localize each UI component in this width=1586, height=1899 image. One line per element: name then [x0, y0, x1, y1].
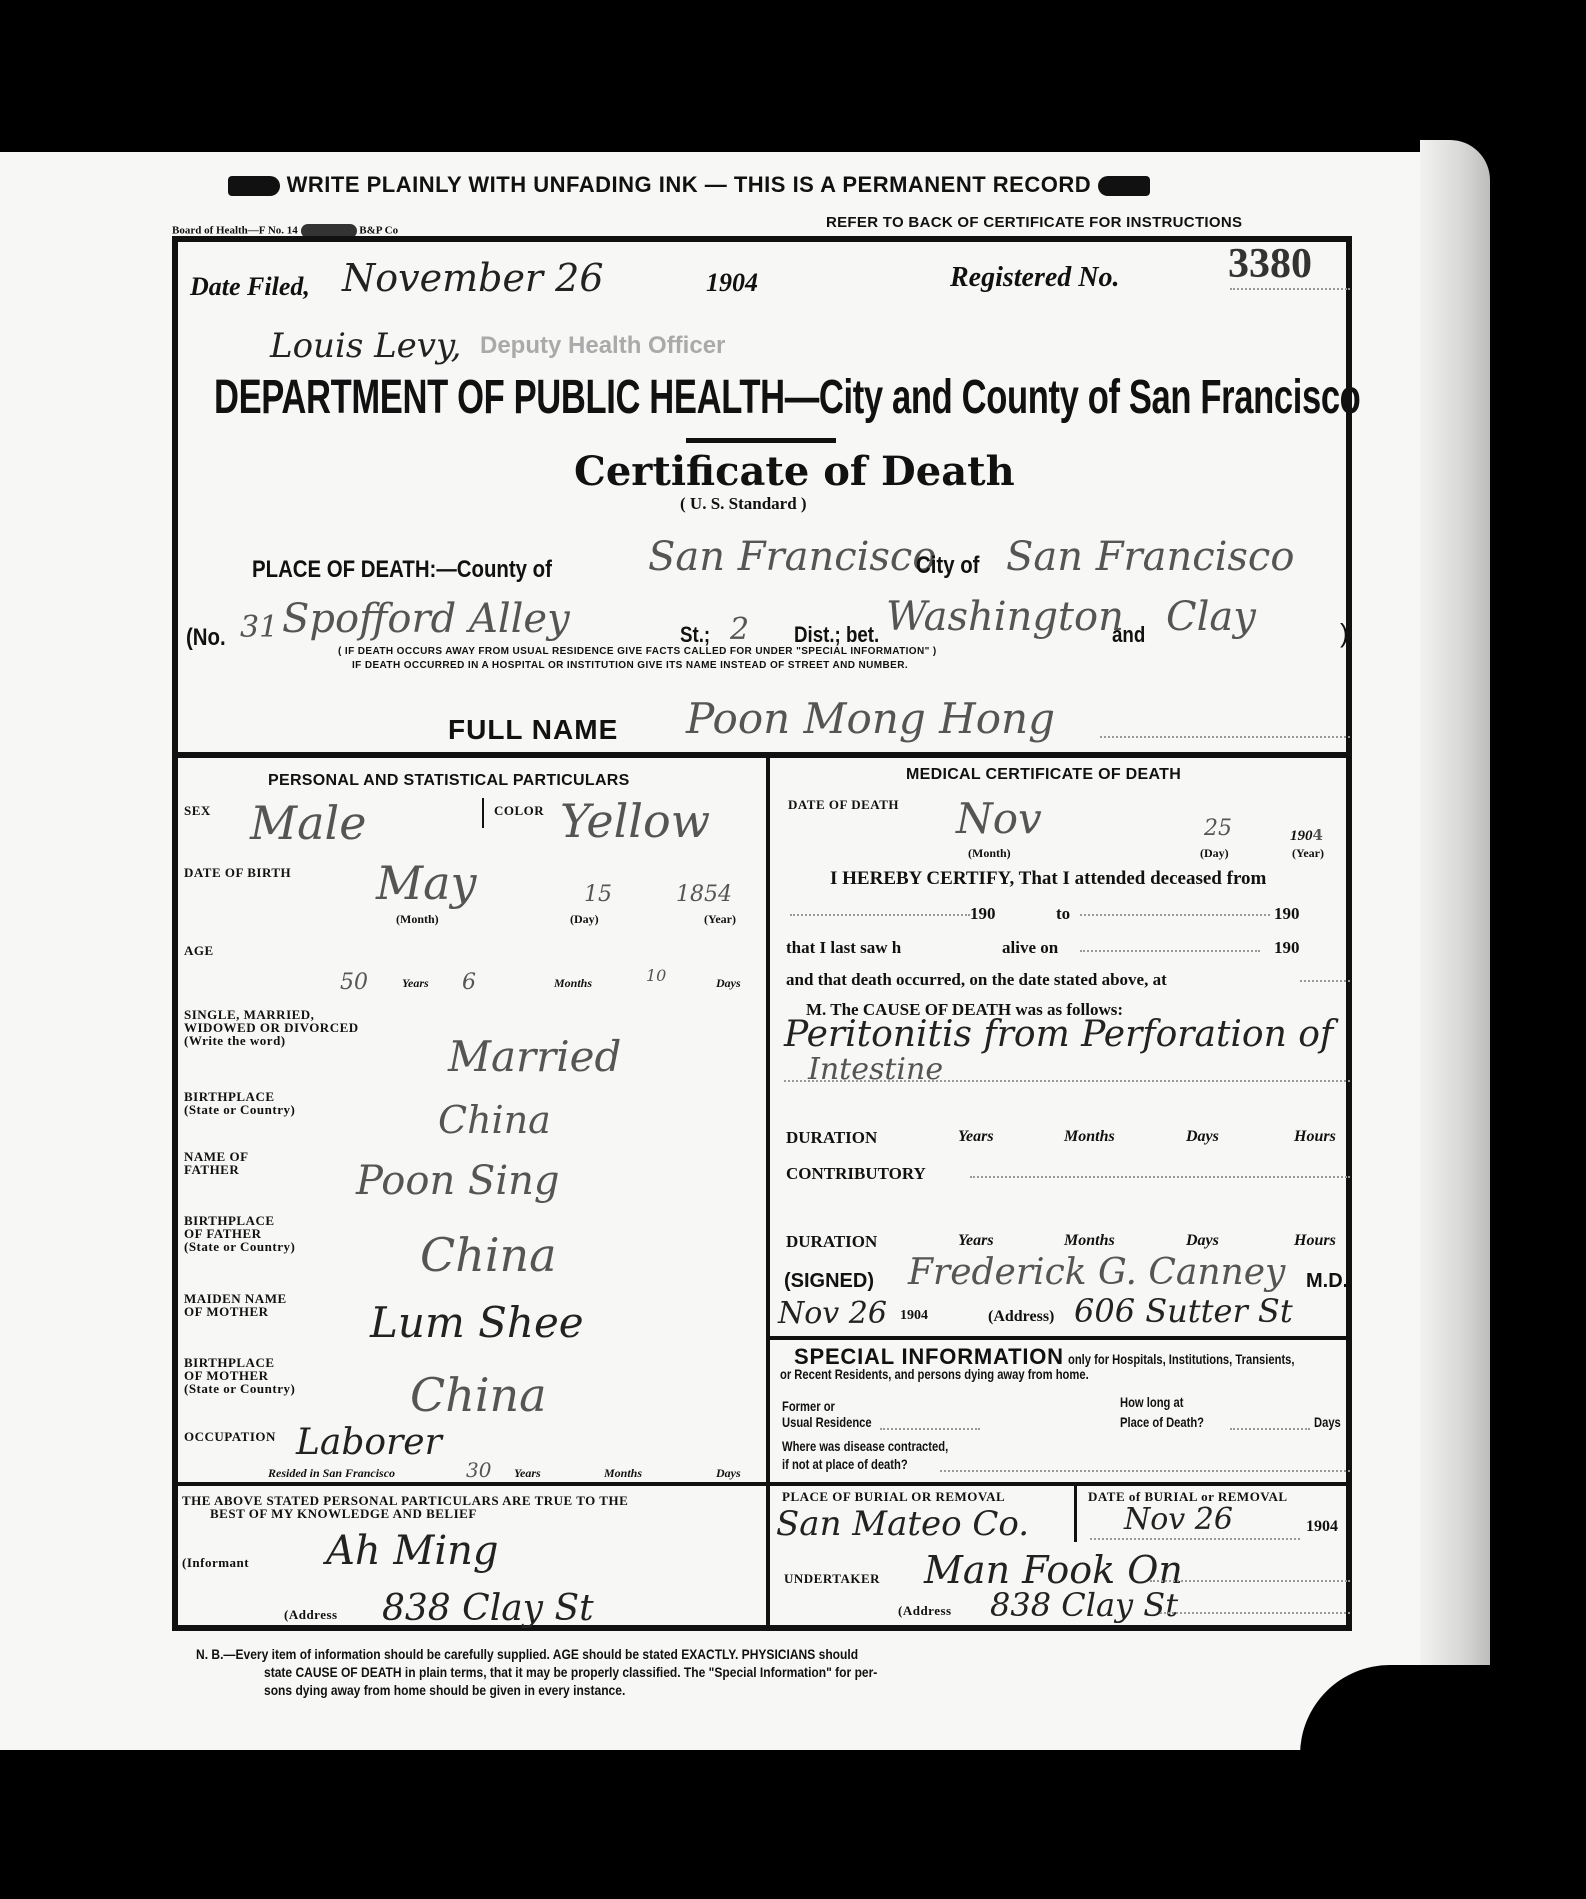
registered-number: 3380 — [1228, 240, 1312, 288]
father-label-2: FATHER — [184, 1163, 239, 1176]
district-label: Dist.; bet. — [794, 622, 879, 648]
burial-date-line — [1090, 1538, 1300, 1540]
birthplace-value: China — [438, 1098, 551, 1142]
burial-date: Nov 26 — [1124, 1502, 1233, 1537]
officer-signature: Louis Levy, — [270, 326, 461, 366]
duration-hours: Hours — [1294, 1128, 1336, 1146]
resided-years: 30 — [466, 1458, 491, 1482]
death-year-suffix: 4 — [1313, 826, 1323, 844]
registered-underline — [1230, 288, 1350, 290]
resided-label: Resided in San Francisco — [268, 1466, 395, 1481]
age-days-caption: Days — [716, 976, 741, 991]
duration-days: Days — [1186, 1128, 1219, 1146]
resided-days-caption: Days — [716, 1466, 741, 1481]
contributory-label: CONTRIBUTORY — [786, 1164, 926, 1184]
sex-color-divider — [482, 798, 484, 828]
informant-divider — [172, 1482, 768, 1486]
mother-label-2: OF MOTHER — [184, 1305, 269, 1318]
father-birthplace-value: China — [420, 1228, 557, 1282]
marital-value: Married — [448, 1032, 621, 1081]
undertaker-address-line — [1160, 1612, 1350, 1614]
date-of-death-label: DATE OF DEATH — [788, 798, 899, 811]
department-title: DEPARTMENT OF PUBLIC HEALTH—City and Cou… — [214, 370, 1360, 425]
age-label: AGE — [184, 944, 214, 957]
and-label: and — [1112, 622, 1145, 648]
death-year-caption: (Year) — [1292, 846, 1324, 861]
title-divider — [686, 438, 836, 443]
from-year: 190 — [970, 904, 996, 924]
how-long-days: Days — [1314, 1414, 1341, 1430]
death-year: 1904 — [1290, 826, 1323, 845]
standard-subtitle: ( U. S. Standard ) — [680, 494, 807, 514]
signed-year: 1904 — [900, 1308, 928, 1324]
occupation-value: Laborer — [296, 1422, 442, 1463]
full-name-label: FULL NAME — [448, 714, 618, 746]
signed-date: Nov 26 — [778, 1296, 887, 1331]
cause-line-1: Peritonitis from Perforation of — [784, 1014, 1333, 1055]
mother-value: Lum Shee — [370, 1298, 584, 1347]
informant-statement-2: BEST OF MY KNOWLEDGE AND BELIEF — [210, 1507, 477, 1520]
mother-birthplace-value: China — [410, 1368, 547, 1422]
contributory-years: Years — [958, 1232, 994, 1250]
former-residence-label-1: Former or — [782, 1398, 835, 1414]
contracted-line — [940, 1470, 1350, 1472]
scan-shadow — [1300, 1665, 1586, 1899]
form-number-text: Board of Health—F No. 14 — [172, 225, 298, 237]
special-divider — [768, 1336, 1352, 1340]
contributory-hours: Hours — [1294, 1232, 1336, 1250]
date-filed-year: 1904 — [706, 268, 758, 298]
father-value: Poon Sing — [356, 1158, 560, 1204]
color-value: Yellow — [560, 794, 710, 848]
refer-instructions: REFER TO BACK OF CERTIFICATE FOR INSTRUC… — [826, 214, 1242, 231]
day-caption: (Day) — [570, 912, 599, 927]
physician-address-label: (Address) — [988, 1308, 1054, 1326]
contracted-label-1: Where was disease contracted, — [782, 1438, 948, 1454]
sex-label: SEX — [184, 804, 211, 817]
occupation-label: OCCUPATION — [184, 1430, 276, 1443]
undertaker-label: UNDERTAKER — [784, 1572, 880, 1585]
year-caption: (Year) — [704, 912, 736, 927]
death-month-caption: (Month) — [968, 846, 1011, 861]
street-value: Spofford Alley — [282, 596, 570, 642]
dob-label: DATE OF BIRTH — [184, 866, 291, 879]
cause-underline — [784, 1080, 1350, 1082]
marital-label-3: (Write the word) — [184, 1034, 286, 1047]
birthplace-sublabel: (State or Country) — [184, 1103, 295, 1116]
alive-year: 190 — [1274, 938, 1300, 958]
page-edge-shadow — [1420, 140, 1490, 1670]
alive-on-line — [1080, 950, 1260, 952]
county-value: San Francisco — [648, 534, 936, 580]
age-months-caption: Months — [554, 976, 592, 991]
banner: WRITE PLAINLY WITH UNFADING INK — THIS I… — [228, 172, 1150, 198]
section-divider — [172, 752, 1352, 758]
contributory-line — [970, 1176, 1350, 1178]
special-heading-rest: only for Hospitals, Institutions, Transi… — [1068, 1351, 1295, 1367]
to-label: to — [1056, 904, 1070, 924]
attended-from-line — [790, 914, 970, 916]
death-year-prefix: 190 — [1290, 828, 1313, 844]
to-year: 190 — [1274, 904, 1300, 924]
burial-column-divider — [1074, 1486, 1077, 1542]
contributory-months: Months — [1064, 1232, 1115, 1250]
color-label: COLOR — [494, 804, 544, 817]
ward-value: 2 — [730, 612, 749, 647]
month-caption: (Month) — [396, 912, 439, 927]
pointing-hand-icon — [228, 176, 280, 196]
resided-months-caption: Months — [604, 1466, 642, 1481]
former-residence-label-2: Usual Residence — [782, 1414, 872, 1430]
death-month: Nov — [956, 794, 1042, 843]
footnote-line-1: N. B.—Every item of information should b… — [196, 1646, 858, 1662]
mother-birthplace-sublabel: (State or Country) — [184, 1382, 295, 1395]
street-label: St.; — [680, 622, 710, 648]
between-street-1: Washington — [886, 594, 1124, 640]
resided-years-caption: Years — [514, 1466, 541, 1481]
md-label: M.D. — [1306, 1270, 1348, 1293]
date-filed-value: November 26 — [342, 256, 604, 300]
contracted-label-2: if not at place of death? — [782, 1456, 908, 1472]
burial-place-label: PLACE OF BURIAL OR REMOVAL — [782, 1490, 1005, 1503]
closing-paren: ) — [1340, 618, 1349, 649]
occurred-statement: and that death occurred, on the date sta… — [786, 970, 1167, 990]
physician-signature: Frederick G. Canney — [908, 1252, 1285, 1293]
informant-label: (Informant — [182, 1556, 249, 1569]
duration-years: Years — [958, 1128, 994, 1146]
hospital-note: IF DEATH OCCURRED IN A HOSPITAL OR INSTI… — [352, 660, 908, 671]
sex-value: Male — [250, 796, 366, 850]
footnote-line-3: sons dying away from home should be give… — [264, 1682, 625, 1698]
street-number-value: 31 — [240, 610, 278, 645]
dob-year: 1854 — [676, 882, 732, 907]
how-long-label-2: Place of Death? — [1120, 1414, 1204, 1430]
age-years-caption: Years — [402, 976, 429, 991]
between-street-2: Clay — [1166, 594, 1256, 640]
city-label: City of — [916, 552, 979, 580]
contributory-duration-label: DURATION — [786, 1232, 877, 1252]
how-long-line — [1230, 1428, 1310, 1430]
death-day-caption: (Day) — [1200, 846, 1229, 861]
age-days: 10 — [646, 966, 666, 985]
certify-statement: I HEREBY CERTIFY, That I attended deceas… — [830, 868, 1266, 890]
officer-title: Deputy Health Officer — [480, 332, 725, 360]
full-name-value: Poon Mong Hong — [686, 694, 1055, 743]
dob-month: May — [376, 856, 477, 910]
undertaker-address-label: (Address — [898, 1604, 952, 1617]
burial-place: San Mateo Co. — [776, 1504, 1029, 1544]
age-months: 6 — [462, 970, 476, 995]
banner-text: WRITE PLAINLY WITH UNFADING INK — THIS I… — [287, 172, 1092, 197]
contributory-days: Days — [1186, 1232, 1219, 1250]
burial-divider — [768, 1482, 1352, 1486]
undertaker-line — [1150, 1580, 1350, 1582]
column-divider — [766, 758, 770, 1631]
attended-to-line — [1080, 914, 1270, 916]
certificate-title: Certificate of Death — [574, 448, 1015, 495]
how-long-label-1: How long at — [1120, 1394, 1183, 1410]
signed-label: (SIGNED) — [784, 1270, 874, 1293]
street-number-label: (No. — [186, 624, 226, 652]
former-residence-line — [880, 1428, 980, 1430]
duration-months: Months — [1064, 1128, 1115, 1146]
medical-heading: MEDICAL CERTIFICATE OF DEATH — [906, 766, 1181, 784]
informant-address-label: (Address — [284, 1608, 338, 1621]
residence-note: ( IF DEATH OCCURS AWAY FROM USUAL RESIDE… — [338, 646, 937, 657]
personal-heading: PERSONAL AND STATISTICAL PARTICULARS — [268, 772, 630, 790]
informant-address: 838 Clay St — [382, 1588, 594, 1629]
footnote-line-2: state CAUSE OF DEATH in plain terms, tha… — [264, 1664, 877, 1680]
pointing-hand-icon — [1098, 176, 1150, 196]
burial-year: 1904 — [1306, 1518, 1338, 1536]
occurred-time-line — [1300, 980, 1350, 982]
alive-on-label: alive on — [1002, 938, 1058, 958]
printer-text: B&P Co — [359, 225, 398, 237]
father-birthplace-sublabel: (State or Country) — [184, 1240, 295, 1253]
place-of-death-label: PLACE OF DEATH:—County of — [252, 556, 552, 584]
physician-address: 606 Sutter St — [1074, 1292, 1293, 1330]
special-heading-line2: or Recent Residents, and persons dying a… — [780, 1366, 1089, 1382]
full-name-underline — [1100, 736, 1350, 738]
duration-label: DURATION — [786, 1128, 877, 1148]
informant-name: Ah Ming — [326, 1528, 498, 1574]
city-value: San Francisco — [1006, 534, 1294, 580]
dob-day: 15 — [584, 882, 612, 907]
death-day: 25 — [1204, 816, 1232, 841]
date-filed-label: Date Filed, — [190, 272, 310, 302]
age-years: 50 — [340, 970, 368, 995]
registered-label: Registered No. — [950, 262, 1120, 294]
last-saw-label: that I last saw h — [786, 938, 901, 958]
undertaker-address: 838 Clay St — [990, 1586, 1178, 1624]
